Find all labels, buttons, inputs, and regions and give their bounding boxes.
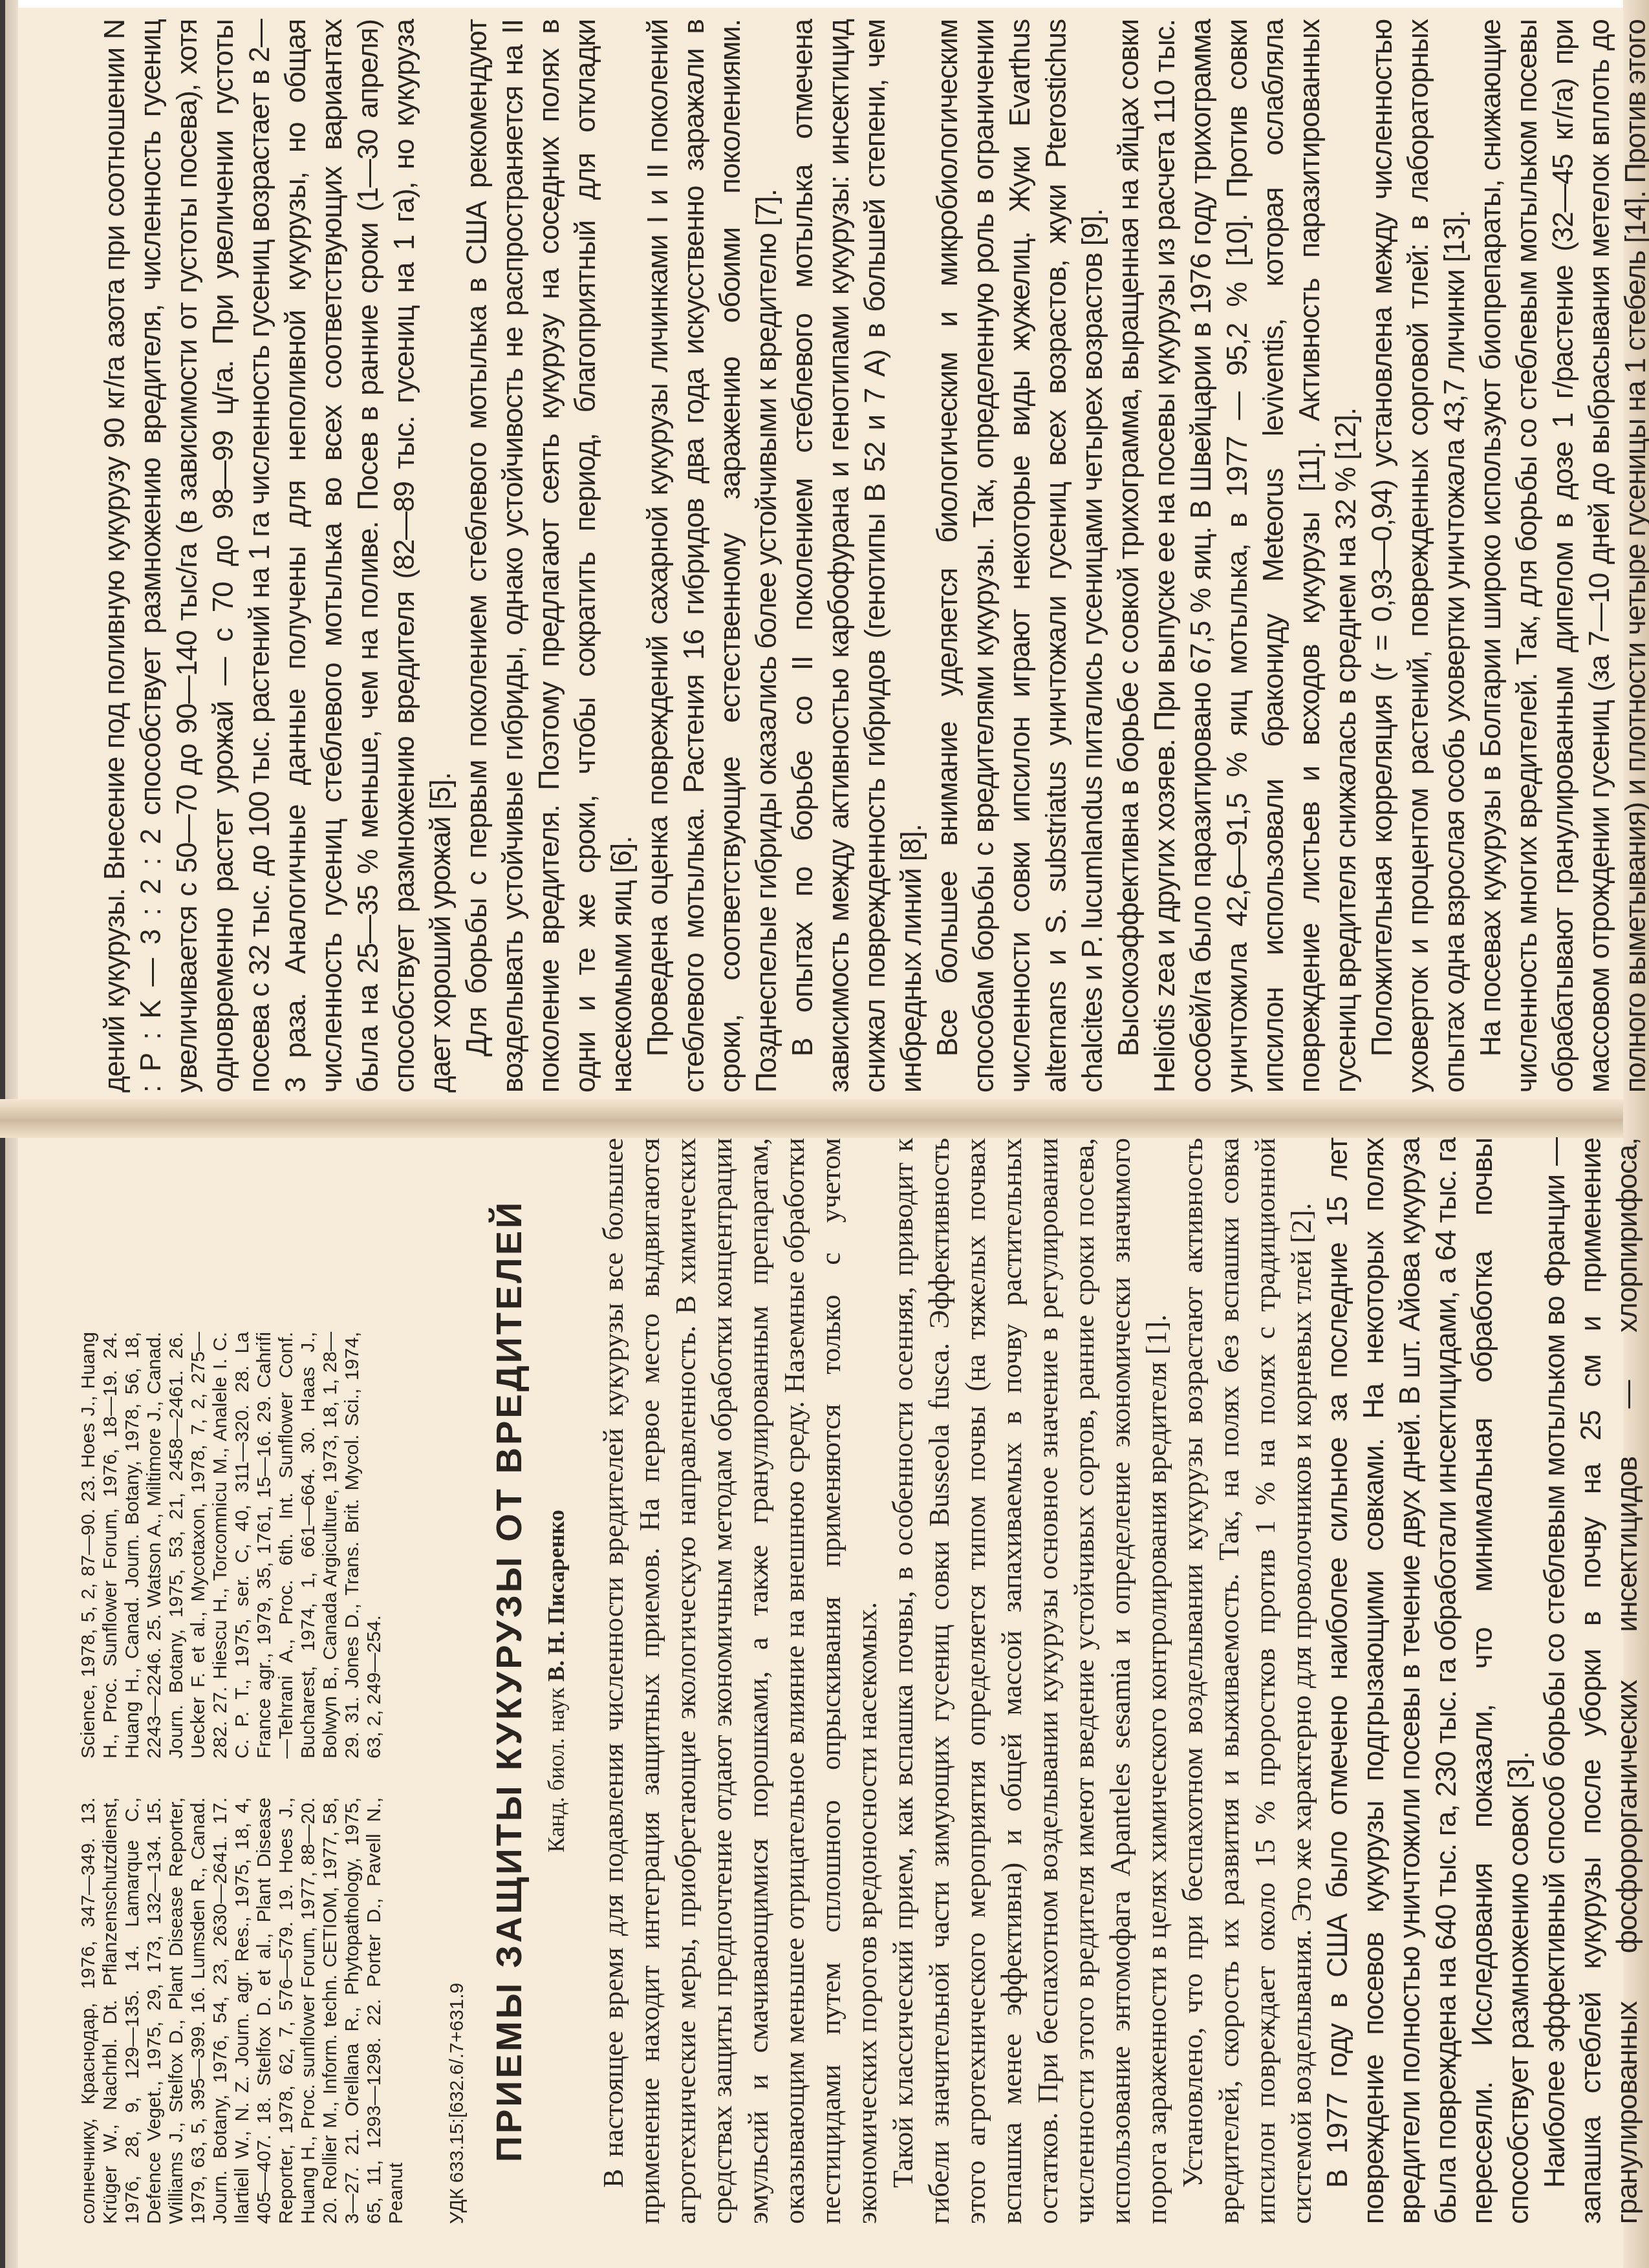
upper-page: дений кукурузы. Внесение под поливную ку… (97, 19, 1649, 1093)
scanned-book-spread: дений кукурузы. Внесение под поливную ку… (0, 0, 1649, 2268)
paragraph: Высокоэффективна в борьбе с совкой трихо… (1111, 19, 1364, 1093)
paragraph: В опытах по борьбе со II поколением стеб… (785, 19, 930, 1093)
paragraph: Для борьбы с первым поколением стеблевог… (459, 19, 640, 1093)
paragraph: Положительная корреляция (r = 0,93—0,94)… (1364, 19, 1473, 1093)
article-author: Канд. биол. наук В. Н. Писаренко (543, 1138, 570, 2224)
paragraph: Проведена оценка повреждений сахарной ку… (640, 19, 785, 1093)
article-title: ПРИЕМЫ ЗАЩИТЫ КУКУРУЗЫ ОТ ВРЕДИТЕЛЕЙ (488, 1138, 530, 2224)
paragraph: На посевах кукурузы в Болгарии широко ис… (1473, 19, 1649, 1093)
author-name: В. Н. Писаренко (543, 1510, 569, 1682)
paragraph: дений кукурузы. Внесение под поливную ку… (97, 19, 459, 1093)
paragraph: Все большее внимание уделяется биологиче… (930, 19, 1111, 1093)
udc-code: УДК 633.15:[632.6/.7+631.9 (446, 1138, 468, 2224)
paragraph: Такой классический прием, как вспашка по… (885, 1138, 1175, 2224)
paragraph: Наиболее эффективный способ борьбы со ст… (1537, 1138, 1649, 2224)
reference-column-right: Science, 1978, 5, 2, 87—90. 23. Hoes J.,… (78, 1332, 407, 1759)
paragraph: Установлено, что при беспахотном возделы… (1175, 1138, 1320, 2224)
reference-list: солнечнику, Краснодар, 1976, 347—349. 13… (78, 1138, 407, 2224)
author-degree: Канд. биол. наук (543, 1682, 569, 1852)
lower-page: солнечнику, Краснодар, 1976, 347—349. 13… (78, 1138, 1643, 2224)
scan-top-margin (0, 0, 1649, 8)
lower-page-body: В настоящее время для подавления численн… (596, 1138, 1649, 2224)
paragraph: В настоящее время для подавления численн… (596, 1138, 885, 2224)
book-gutter (0, 1099, 1649, 1138)
reference-column-left: солнечнику, Краснодар, 1976, 347—349. 13… (78, 1797, 407, 2224)
paragraph: В 1977 году в США было отмечено наиболее… (1320, 1138, 1537, 2224)
upper-page-body: дений кукурузы. Внесение под поливную ку… (97, 19, 1649, 1093)
